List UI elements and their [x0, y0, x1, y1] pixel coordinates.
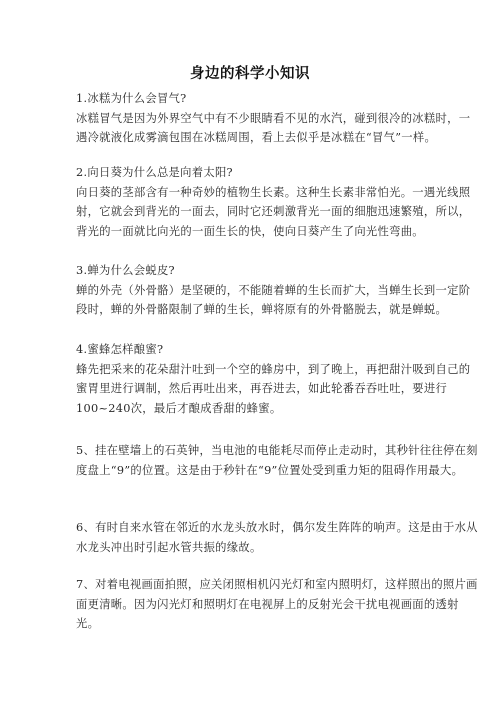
section-question: 2.向日葵为什么总是向着太阳?: [76, 163, 494, 183]
section-text-line: 7、对着电视画面拍照，应关闭照相机闪光灯和室内照明灯，这样照出的照片画: [76, 575, 494, 595]
section-text-line: 射，它就会到背光的一面去，同时它还刺激背光一面的细胞迅速繁殖，所以，: [76, 202, 494, 222]
section-text-line: 光。: [76, 614, 494, 634]
section-question: 4.蜜蜂怎样酿蜜?: [76, 340, 494, 360]
section-2: 2.向日葵为什么总是向着太阳? 向日葵的茎部含有一种奇妙的植物生长素。这种生长素…: [76, 163, 494, 241]
section-5: 5、挂在壁墙上的石英钟，当电池的电能耗尽而停止走动时，其秒针往往停在刻 度盘上“…: [76, 441, 494, 480]
document-title: 身边的科学小知识: [0, 62, 500, 83]
document-page: 身边的科学小知识 1.冰糕为什么会冒气? 冰糕冒气是因为外界空气中有不少眼睛看不…: [0, 0, 500, 708]
section-3: 3.蝉为什么会蜕皮? 蝉的外壳（外骨骼）是坚硬的，不能随着蝉的生长而扩大，当蝉生…: [76, 261, 494, 320]
section-1: 1.冰糕为什么会冒气? 冰糕冒气是因为外界空气中有不少眼睛看不见的水汽，碰到很冷…: [76, 89, 494, 148]
section-text-line: 背光的一面就比向光的一面生长的快，使向日葵产生了向光性弯曲。: [76, 222, 494, 242]
section-text-line: 向日葵的茎部含有一种奇妙的植物生长素。这种生长素非常怕光。一遇光线照: [76, 183, 494, 203]
section-text-line: 度盘上“9”的位置。这是由于秒针在“9”位置处受到重力矩的阻碍作用最大。: [76, 461, 494, 481]
section-text-line: 100~240次，最后才酿成香甜的蜂蜜。: [76, 399, 494, 419]
section-4: 4.蜜蜂怎样酿蜜? 蜂先把采来的花朵甜汁吐到一个空的蜂房中，到了晚上，再把甜汁吸…: [76, 340, 494, 418]
section-question: 1.冰糕为什么会冒气?: [76, 89, 494, 109]
section-text-line: 蝉的外壳（外骨骼）是坚硬的，不能随着蝉的生长而扩大，当蝉生长到一定阶: [76, 281, 494, 301]
section-text-line: 6、有时自来水管在邻近的水龙头放水时，偶尔发生阵阵的响声。这是由于水从: [76, 518, 494, 538]
section-text-line: 蜂先把采来的花朵甜汁吐到一个空的蜂房中，到了晚上，再把甜汁吸到自己的: [76, 360, 494, 380]
section-text-line: 面更清晰。因为闪光灯和照明灯在电视屏上的反射光会干扰电视画面的透射: [76, 595, 494, 615]
section-text-line: 水龙头冲出时引起水管共振的缘故。: [76, 538, 494, 558]
section-text-line: 冰糕冒气是因为外界空气中有不少眼睛看不见的水汽，碰到很冷的冰糕时，一: [76, 109, 494, 129]
section-text-line: 5、挂在壁墙上的石英钟，当电池的电能耗尽而停止走动时，其秒针往往停在刻: [76, 441, 494, 461]
section-7: 7、对着电视画面拍照，应关闭照相机闪光灯和室内照明灯，这样照出的照片画 面更清晰…: [76, 575, 494, 634]
section-text-line: 蜜胃里进行调制，然后再吐出来，再吞进去，如此轮番吞吞吐吐，要进行: [76, 379, 494, 399]
section-text-line: 遇冷就液化成雾滴包围在冰糕周围，看上去似乎是冰糕在“冒气”一样。: [76, 128, 494, 148]
section-6: 6、有时自来水管在邻近的水龙头放水时，偶尔发生阵阵的响声。这是由于水从 水龙头冲…: [76, 518, 494, 557]
section-text-line: 段时，蝉的外骨骼限制了蝉的生长，蝉将原有的外骨骼脱去，就是蝉蜕。: [76, 300, 494, 320]
section-question: 3.蝉为什么会蜕皮?: [76, 261, 494, 281]
